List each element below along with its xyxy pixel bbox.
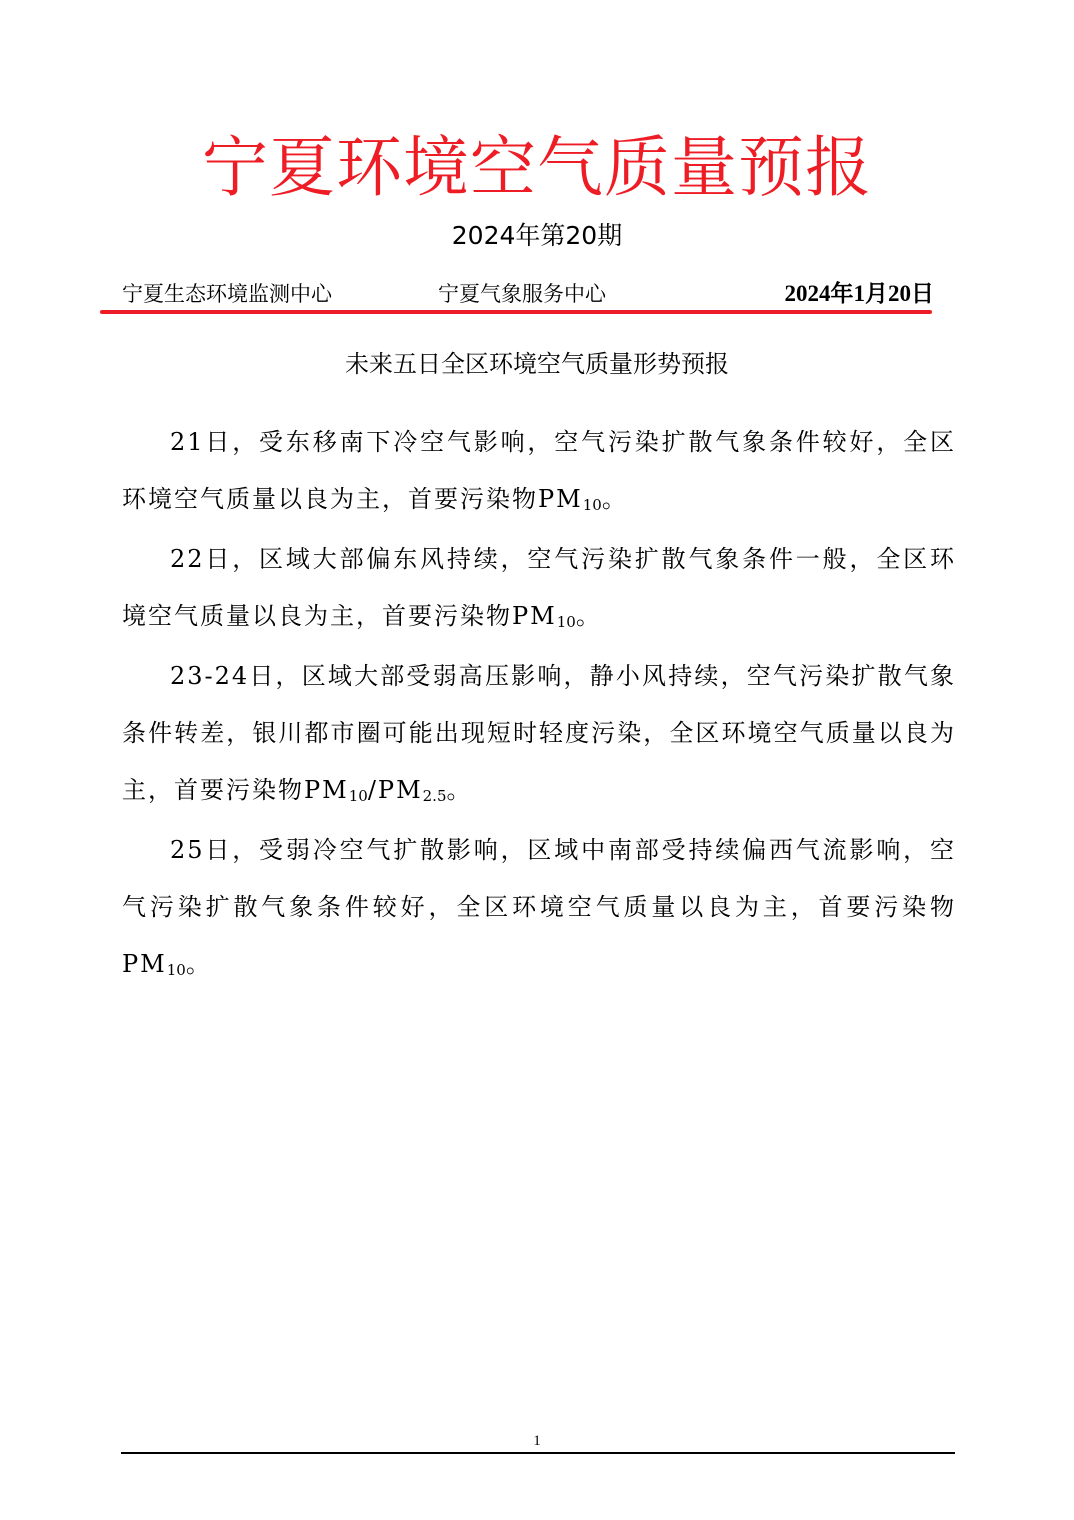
pollutant-subscript: 10 [167,961,186,979]
pollutant-secondary-subscript: 2.5 [423,787,447,805]
pollutant: PM [122,950,167,978]
pollutant-subscript: 10 [349,787,368,805]
paragraph-text: 25日，受弱冷空气扩散影响，区域中南部受持续偏西气流影响，空气污染扩散气象条件较… [122,836,956,921]
pollutant-subscript: 10 [583,496,602,514]
forecast-paragraph-25: 25日，受弱冷空气扩散影响，区域中南部受持续偏西气流影响，空气污染扩散气象条件较… [122,822,956,996]
paragraph-end: 。 [576,602,602,630]
issue-number: 2024年第20期 [0,218,1074,254]
masthead-title: 宁夏环境空气质量预报 [0,128,1074,208]
pollutant-subscript: 10 [557,613,576,631]
section-subtitle: 未来五日全区环境空气质量形势预报 [0,344,1074,384]
forecast-body: 21日，受东移南下冷空气影响，空气污染扩散气象条件较好，全区环境空气质量以良为主… [122,414,956,996]
org-ecology-monitoring-center: 宁夏生态环境监测中心 [122,276,332,312]
pollutant: PM [538,485,583,513]
forecast-paragraph-23-24: 23-24日，区域大部受弱高压影响，静小风持续，空气污染扩散气象条件转差，银川都… [122,648,956,822]
forecast-paragraph-21: 21日，受东移南下冷空气影响，空气污染扩散气象条件较好，全区环境空气质量以良为主… [122,414,956,531]
pollutant: PM [304,776,349,804]
page-number: 1 [0,1433,1074,1450]
forecast-paragraph-22: 22日，区域大部偏东风持续，空气污染扩散气象条件一般，全区环境空气质量以良为主，… [122,531,956,648]
footer-divider [121,1452,955,1454]
header-line: 宁夏生态环境监测中心 宁夏气象服务中心 2024年1月20日 [122,276,934,312]
pollutant: PM [512,602,557,630]
pollutant-secondary: /PM [368,776,423,804]
paragraph-end: 。 [602,485,628,513]
org-meteorological-service-center: 宁夏气象服务中心 [438,276,606,312]
paragraph-text: 23-24日，区域大部受弱高压影响，静小风持续，空气污染扩散气象条件转差，银川都… [122,662,956,804]
publish-date: 2024年1月20日 [785,276,935,312]
paragraph-end: 。 [447,776,473,804]
red-divider [100,310,932,314]
paragraph-end: 。 [186,950,212,978]
